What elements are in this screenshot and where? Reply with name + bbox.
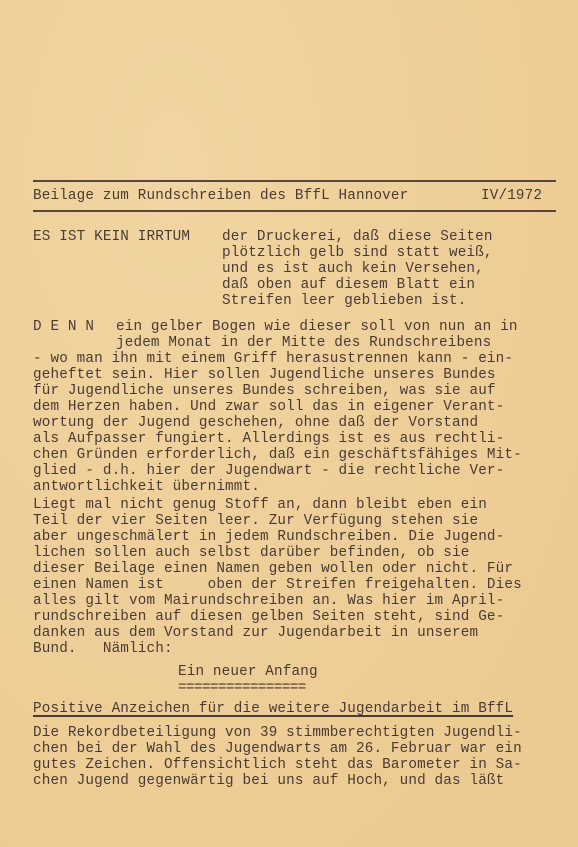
paragraph-line: dieser Beilage einen Namen geben wollen … [33,561,513,577]
paragraph-line: wortung der Jugend geschehen, ohne daß d… [33,415,478,431]
paragraph-line: als Aufpasser fungiert. Allerdings ist e… [33,431,504,447]
header-title: Beilage zum Rundschreiben des BffL Hanno… [33,188,408,204]
paragraph-line: Bund. Nämlich: [33,641,173,657]
section-title: Ein neuer Anfang [178,664,318,680]
paragraph-line: gutes Zeichen. Offensichtlich steht das … [33,757,522,773]
intro-line: daß oben auf diesem Blatt ein [222,277,475,293]
section-subtitle: Positive Anzeichen für die weitere Jugen… [33,701,513,717]
paragraph-line: chen Jugend gegenwärtig bei uns auf Hoch… [33,773,504,789]
paragraph-line: Teil der vier Seiten leer. Zur Verfügung… [33,513,478,529]
paragraph-line: chen Gründen erforderlich, daß ein gesch… [33,447,522,463]
intro-line: Streifen leer geblieben ist. [222,293,466,309]
paragraph-line: für Jugendliche unseres Bundes schreiben… [33,383,496,399]
header-issue: IV/1972 [481,188,542,204]
intro-line: und es ist auch kein Versehen, [222,261,484,277]
paragraph-line: glied - d.h. hier der Jugendwart - die r… [33,463,504,479]
intro-line: der Druckerei, daß diese Seiten [222,229,493,245]
paragraph-line: geheftet sein. Hier sollen Jugendliche u… [33,367,496,383]
paragraph-line: Liegt mal nicht genug Stoff an, dann ble… [33,497,487,513]
paragraph-lead: D E N N [33,319,94,335]
paragraph-line: aber ungeschmälert in jedem Rundschreibe… [33,529,504,545]
paragraph-line: - wo man ihn mit einem Griff herasustren… [33,351,513,367]
header-top-rule [33,180,556,182]
paragraph-line: jedem Monat in der Mitte des Rundschreib… [116,335,491,351]
header-bottom-rule [33,210,556,212]
paragraph-line: dem Herzen haben. Und zwar soll das in e… [33,399,504,415]
document-page: Beilage zum Rundschreiben des BffL Hanno… [0,0,578,847]
paragraph-line: einen Namen ist oben der Streifen freige… [33,577,522,593]
paragraph-line: alles gilt vom Mairundschreiben an. Was … [33,593,504,609]
paragraph-line: lichen sollen auch selbst darüber befind… [33,545,469,561]
paragraph-line: ein gelber Bogen wie dieser soll von nun… [116,319,518,335]
intro-line: plötzlich gelb sind statt weiß, [222,245,493,261]
paragraph-line: danken aus dem Vorstand zur Jugendarbeit… [33,625,478,641]
paragraph-line: chen bei der Wahl des Jugendwarts am 26.… [33,741,522,757]
paragraph-line: Die Rekordbeteiligung von 39 stimmberech… [33,725,522,741]
paragraph-line: antwortlichkeit übernimmt. [33,479,260,495]
paragraph-line: rundschreiben auf diesen gelben Seiten s… [33,609,504,625]
section-title-underline: ================ [178,680,306,696]
intro-lead: ES IST KEIN IRRTUM [33,229,190,245]
